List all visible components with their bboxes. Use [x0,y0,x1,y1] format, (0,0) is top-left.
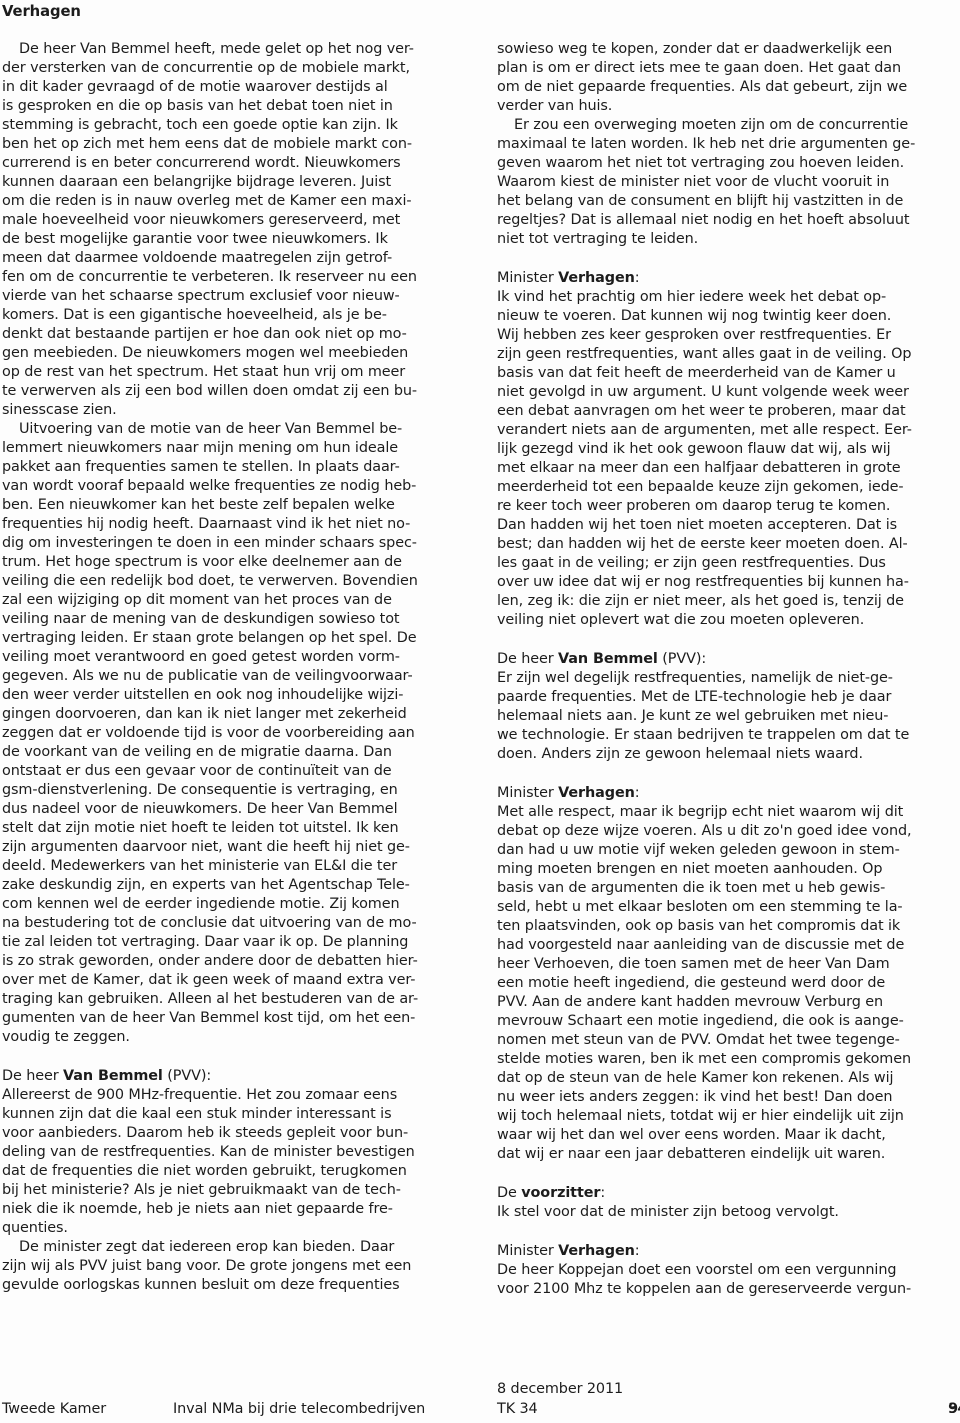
text-line: veiling moet verantwoord en goed getest … [2,648,480,667]
speaker-name: voorzitter [521,1185,600,1201]
text-line: geven waarom het niet tot vertraging zou… [497,154,959,173]
speaker-name: Verhagen [558,785,635,801]
footer-institution: Tweede Kamer [2,1401,106,1417]
text-line: voudig te zeggen. [2,1028,480,1047]
text-line: voor aanbieders. Daarom heb ik steeds ge… [2,1124,480,1143]
text-line: gen meebieden. De nieuwkomers mogen wel … [2,344,480,363]
text-line: over uw idee dat wij er nog restfrequent… [497,573,959,592]
text-line: te verwerven als zij een bod willen doen… [2,382,480,401]
text-line: op de rest van het spectrum. Het staat h… [2,363,480,382]
text-line: helemaal niets aan. Je kunt ze wel gebru… [497,707,959,726]
text-line: len, zeg ik: die zijn er niet meer, als … [497,592,959,611]
text-line: ben. Een nieuwkomer kan het beste zelf b… [2,496,480,515]
text-line: meerderheid tot een bepaalde keuze zijn … [497,478,959,497]
paragraph: De heer Koppejan doet een voorstel om ee… [497,1261,959,1299]
text-line: De heer Van Bemmel heeft, mede gelet op … [2,40,480,59]
text-line: paarde frequenties. Met de LTE-technolog… [497,688,959,707]
text-line: veiling naar de mening van de deskundige… [2,610,480,629]
text-line: PVV. Aan de andere kant hadden mevrouw V… [497,993,959,1012]
speaker-name: Verhagen [558,1243,635,1259]
text-line: maximaal te laten worden. Ik heb net dri… [497,135,959,154]
text-line: tie zal leiden tot vertraging. Daar vaar… [2,933,480,952]
text-line: Dan hadden wij het toen niet moeten acce… [497,516,959,535]
text-line: de voorkant van de veiling en de migrati… [2,743,480,762]
text-line: gevulde oorlogskas kunnen besluit om dez… [2,1276,480,1295]
text-column-left: De heer Van Bemmel heeft, mede gelet op … [2,40,480,1295]
speaker-heading: De voorzitter: [497,1184,959,1203]
paragraph: Allereerst de 900 MHz-frequentie. Het zo… [2,1086,480,1238]
text-line: Ik stel voor dat de minister zijn betoog… [497,1203,959,1222]
footer-page-reference: 34-9-82 [948,1401,958,1417]
text-line: ming moeten brengen en niet moeten aanho… [497,860,959,879]
text-line: gumenten van de heer Van Bemmel kost tij… [2,1009,480,1028]
speaker-heading: Minister Verhagen: [497,784,959,803]
paragraph: Er zou een overweging moeten zijn om de … [497,116,959,249]
speaker-suffix: (PVV): [163,1068,211,1084]
speaker-heading-line: De voorzitter: [497,1184,959,1203]
text-line: een motie heeft ingediend, die gesteund … [497,974,959,993]
text-line: had voorgesteld naar aanleiding van de d… [497,936,959,955]
text-line: Wij hebben zes keer gesproken over restf… [497,326,959,345]
text-line: debat op deze wijze voeren. Als u dit zo… [497,822,959,841]
speaker-prefix: Minister [497,270,558,286]
text-line: traging kan gebruiken. Alleen al het bes… [2,990,480,1009]
text-line: De minister zegt dat iedereen erop kan b… [2,1238,480,1257]
text-line: veiling niet oplevert wat die zou moeten… [497,611,959,630]
text-line: vierde van het schaarse spectrum exclusi… [2,287,480,306]
text-line: heer Verhoeven, die toen samen met de he… [497,955,959,974]
text-line: zal een wijziging op dit moment van het … [2,591,480,610]
text-line: stemming is gebracht, toch een goede opt… [2,116,480,135]
text-line: zijn argumenten daarvoor niet, want die … [2,838,480,857]
text-line: stelt dat zijn motie niet hoeft te leide… [2,819,480,838]
text-line: het belang van de consument en blijft hi… [497,192,959,211]
speaker-suffix: (PVV): [658,651,706,667]
text-line: in dit kader gevraagd of de motie waarov… [2,78,480,97]
speaker-heading-line: Minister Verhagen: [497,784,959,803]
text-line: best; dan hadden wij het de eerste keer … [497,535,959,554]
text-line: nieuw te voeren. Dat kunnen wij nog twin… [497,307,959,326]
text-line: lemmert nieuwkomers naar mijn mening om … [2,439,480,458]
text-line: meen dat daarmee voldoende maatregelen z… [2,249,480,268]
text-line: Allereerst de 900 MHz-frequentie. Het zo… [2,1086,480,1105]
text-line: Er zijn wel degelijk restfrequenties, na… [497,669,959,688]
text-line: om die reden is in nauw overleg met de K… [2,192,480,211]
text-line: lijk gezegd vind ik het ook gewoon flauw… [497,440,959,459]
text-line: verandert niets aan de argumenten, met a… [497,421,959,440]
speaker-name: Verhagen [558,270,635,286]
text-line: gingen doorvoeren, dan kan ik niet lange… [2,705,480,724]
text-line: niet gevolgd in uw argument. U kunt volg… [497,383,959,402]
text-line: basis van de argumenten die ik toen met … [497,879,959,898]
text-line: komers. Dat is een gigantische hoeveelhe… [2,306,480,325]
paragraph: Ik vind het prachtig om hier iedere week… [497,288,959,630]
text-line: voor 2100 Mhz te koppelen aan de gereser… [497,1280,959,1299]
text-line: ten plaatsvinden, ook op basis van het c… [497,917,959,936]
speaker-suffix: : [600,1185,605,1201]
text-line: vertraging leiden. Er staan grote belang… [2,629,480,648]
text-line: der versterken van de concurrentie op de… [2,59,480,78]
text-line: ontstaat er dus een gevaar voor de conti… [2,762,480,781]
speaker-prefix: Minister [497,1243,558,1259]
text-line: van wordt vooraf bepaald welke frequenti… [2,477,480,496]
speaker-heading: De heer Van Bemmel (PVV): [2,1067,480,1086]
text-line: gegeven. Als we nu de publicatie van de … [2,667,480,686]
text-line: veiling die een redelijk bod doet, te ve… [2,572,480,591]
paragraph: Uitvoering van de motie van de heer Van … [2,420,480,1047]
speaker-heading: Minister Verhagen: [497,1242,959,1261]
text-line: quenties. [2,1219,480,1238]
speaker-heading: Minister Verhagen: [497,269,959,288]
footer-date: 8 december 2011 [497,1381,623,1397]
paragraph: De minister zegt dat iedereen erop kan b… [2,1238,480,1295]
text-line: dus nadeel voor de nieuwkomers. De heer … [2,800,480,819]
text-line: kunnen zijn dat die kaal een stuk minder… [2,1105,480,1124]
text-line: over met de Kamer, dat ik geen week of m… [2,971,480,990]
page-speaker-header: Verhagen [2,3,81,20]
text-line: stelde moties waren, ben ik met een comp… [497,1050,959,1069]
speaker-heading-line: De heer Van Bemmel (PVV): [2,1067,480,1086]
text-line: denkt dat bestaande partijen er hoe dan … [2,325,480,344]
text-line: niek die ik noemde, heb je niets aan nie… [2,1200,480,1219]
text-line: pakket aan frequenties samen te stellen.… [2,458,480,477]
speaker-prefix: De [497,1185,521,1201]
speaker-prefix: De heer [497,651,558,667]
text-line: een debat aanvragen om het weer te probe… [497,402,959,421]
text-line: we technologie. Er staan bedrijven te tr… [497,726,959,745]
text-line: seld, hebt u met elkaar besloten om een … [497,898,959,917]
text-column-right: sowieso weg te kopen, zonder dat er daad… [497,40,959,1299]
speaker-heading-line: Minister Verhagen: [497,1242,959,1261]
text-line: dat op de steun van de hele Kamer kon re… [497,1069,959,1088]
speaker-heading-line: Minister Verhagen: [497,269,959,288]
text-line: re keer toch weer proberen om daarop ter… [497,497,959,516]
text-line: sowieso weg te kopen, zonder dat er daad… [497,40,959,59]
text-line: kunnen daaraan een belangrijke bijdrage … [2,173,480,192]
text-line: regeltjes? Dat is allemaal niet nodig en… [497,211,959,230]
speaker-prefix: De heer [2,1068,63,1084]
text-line: doen. Anders zijn ze gewoon helemaal nie… [497,745,959,764]
text-line: na bestudering tot de conclusie dat uitv… [2,914,480,933]
text-line: De heer Koppejan doet een voorstel om ee… [497,1261,959,1280]
speaker-name: Van Bemmel [63,1068,163,1084]
footer-topic: Inval NMa bij drie telecombedrijven [173,1401,425,1417]
paragraph: Met alle respect, maar ik begrijp echt n… [497,803,959,1164]
text-line: Met alle respect, maar ik begrijp echt n… [497,803,959,822]
text-line: deeld. Medewerkers van het ministerie va… [2,857,480,876]
text-line: Waarom kiest de minister niet voor de vl… [497,173,959,192]
text-line: fen om de concurrentie te verbeteren. Ik… [2,268,480,287]
text-line: dig om investeringen te doen in een mind… [2,534,480,553]
paragraph: sowieso weg te kopen, zonder dat er daad… [497,40,959,116]
text-line: les gaat in de veiling; er zijn geen res… [497,554,959,573]
speaker-name: Van Bemmel [558,651,658,667]
text-line: de best mogelijke garantie voor twee nie… [2,230,480,249]
text-line: bij het ministerie? Als je niet gebruikm… [2,1181,480,1200]
text-line: Ik vind het prachtig om hier iedere week… [497,288,959,307]
text-line: zake deskundig zijn, en experts van het … [2,876,480,895]
text-line: zijn geen restfrequenties, want alles ga… [497,345,959,364]
text-line: nomen met steun van de PVV. Omdat het tw… [497,1031,959,1050]
text-line: om de niet gepaarde frequenties. Als dat… [497,78,959,97]
text-line: is gesproken en die op basis van het deb… [2,97,480,116]
text-line: Er zou een overweging moeten zijn om de … [497,116,959,135]
text-line: mevrouw Schaart een motie ingediend, die… [497,1012,959,1031]
text-line: is zo strak geworden, onder andere door … [2,952,480,971]
text-line: dan had u uw motie vijf weken geleden ge… [497,841,959,860]
speaker-suffix: : [635,1243,640,1259]
speaker-heading-line: De heer Van Bemmel (PVV): [497,650,959,669]
text-line: male hoeveelheid voor nieuwkomers gerese… [2,211,480,230]
paragraph: Ik stel voor dat de minister zijn betoog… [497,1203,959,1222]
text-line: basis van dat feit heeft de meerderheid … [497,364,959,383]
text-line: ben het op zich met hem eens dat de mobi… [2,135,480,154]
text-line: deling van de restfrequenties. Kan de mi… [2,1143,480,1162]
text-line: Uitvoering van de motie van de heer Van … [2,420,480,439]
text-line: gsm-dienstverlening. De consequentie is … [2,781,480,800]
paragraph: Er zijn wel degelijk restfrequenties, na… [497,669,959,764]
text-line: frequenties hij nodig heeft. Daarnaast v… [2,515,480,534]
text-line: dat wij er naar een jaar debatteren eind… [497,1145,959,1164]
text-line: nu weer iets anders zeggen: ik vind het … [497,1088,959,1107]
text-line: waar wij het dan wel over eens worden. M… [497,1126,959,1145]
footer-session: TK 34 [497,1401,538,1417]
text-line: niet tot vertraging te leiden. [497,230,959,249]
text-line: wij toch helemaal niets, totdat wij er h… [497,1107,959,1126]
speaker-suffix: : [635,785,640,801]
text-line: den weer verder uitstellen en ook nog in… [2,686,480,705]
text-line: zijn wij als PVV juist bang voor. De gro… [2,1257,480,1276]
speaker-prefix: Minister [497,785,558,801]
text-line: met elkaar na meer dan een halfjaar deba… [497,459,959,478]
text-line: verder van huis. [497,97,959,116]
speaker-heading: De heer Van Bemmel (PVV): [497,650,959,669]
speaker-suffix: : [635,270,640,286]
text-line: com kennen wel de eerder ingediende moti… [2,895,480,914]
document-page: Verhagen De heer Van Bemmel heeft, mede … [0,0,960,1423]
text-line: trum. Het hoge spectrum is voor elke dee… [2,553,480,572]
text-line: currerend is en beter concurrerend wordt… [2,154,480,173]
paragraph: De heer Van Bemmel heeft, mede gelet op … [2,40,480,420]
text-line: dat de frequenties die niet worden gebru… [2,1162,480,1181]
text-line: plan is om er direct iets mee te gaan do… [497,59,959,78]
text-line: sinesscase zien. [2,401,480,420]
text-line: zeggen dat er voldoende tijd is voor de … [2,724,480,743]
